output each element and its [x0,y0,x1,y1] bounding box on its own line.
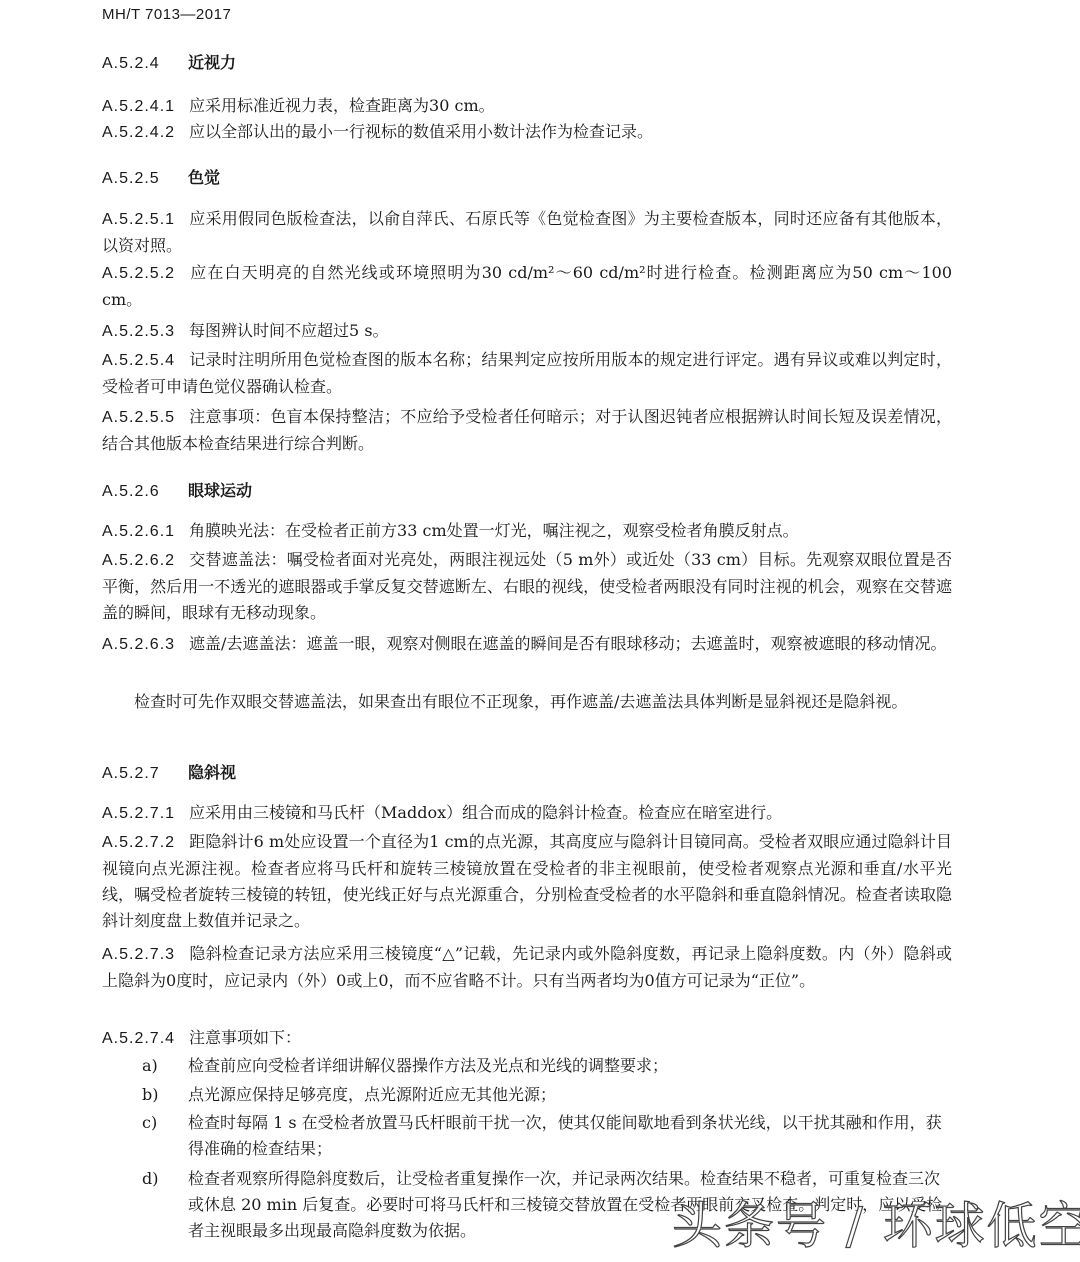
clause-text: 隐斜检查记录方法应采用三棱镜度“△”记载，先记录内或外隐斜度数，再记录上隐斜度数… [102,944,952,990]
clause-A-5-2-6-1: A.5.2.6.1角膜映光法：在受检者正前方33 cm处置一灯光，嘱注视之，观察… [102,518,952,545]
clause-text: 记录时注明所用色觉检查图的版本名称；结果判定应按所用版本的规定进行评定。遇有异议… [102,350,952,396]
clause-number: A.5.2.4.1 [102,98,175,115]
clause-number: A.5.2.6.1 [102,523,175,540]
clause-text: 注意事项如下： [189,1028,301,1047]
clause-A-5-2-5-1: A.5.2.5.1应采用假同色版检查法，以俞自萍氏、石原氏等《色觉检查图》为主要… [102,206,952,259]
list-item-label: b) [142,1082,158,1108]
clause-number: A.5.2.5.2 [102,265,175,282]
clause-A-5-2-6-2: A.5.2.6.2交替遮盖法：嘱受检者面对光亮处，两眼注视远处（5 m外）或近处… [102,547,952,626]
clause-number: A.5.2.5.4 [102,352,175,369]
paragraph-cover-test-note: 检查时可先作双眼交替遮盖法，如果查出有眼位不正现象，再作遮盖/去遮盖法具体判断是… [102,689,952,715]
list-item-b: b) 点光源应保持足够亮度，点光源附近应无其他光源； [142,1082,952,1108]
document-id-header: MH/T 7013—2017 [102,6,231,23]
clause-text: 角膜映光法：在受检者正前方33 cm处置一灯光，嘱注视之，观察受检者角膜反射点。 [189,521,799,540]
clause-text: 应在白天明亮的自然光线或环境照明为30 cd/m²～60 cd/m²时进行检查。… [102,263,952,309]
clause-A-5-2-4-1: A.5.2.4.1应采用标准近视力表，检查距离为30 cm。 [102,93,952,120]
clause-text: 距隐斜计6 m处应设置一个直径为1 cm的点光源，其高度应与隐斜计目镜同高。受检… [102,832,952,930]
clause-number: A.5.2.6.2 [102,552,175,569]
list-item-label: d) [142,1166,158,1192]
section-title: 色觉 [188,168,220,187]
clause-number: A.5.2.7.3 [102,946,175,963]
list-item-label: c) [142,1110,157,1136]
section-heading-eye-movement: A.5.2.6眼球运动 [102,478,252,501]
section-title: 隐斜视 [188,763,236,782]
clause-text: 注意事项：色盲本保持整洁；不应给予受检者任何暗示；对于认图迟钝者应根据辨认时间长… [102,407,952,453]
clause-A-5-2-6-3: A.5.2.6.3遮盖/去遮盖法：遮盖一眼，观察对侧眼在遮盖的瞬间是否有眼球移动… [102,631,952,658]
section-number: A.5.2.5 [102,170,188,188]
clause-A-5-2-7-3: A.5.2.7.3隐斜检查记录方法应采用三棱镜度“△”记载，先记录内或外隐斜度数… [102,941,952,994]
clause-number: A.5.2.7.2 [102,834,175,851]
clause-A-5-2-7-2: A.5.2.7.2距隐斜计6 m处应设置一个直径为1 cm的点光源，其高度应与隐… [102,829,952,934]
clause-A-5-2-4-2: A.5.2.4.2应以全部认出的最小一行视标的数值采用小数计法作为检查记录。 [102,119,952,146]
clause-number: A.5.2.5.3 [102,323,175,340]
section-heading-color-vision: A.5.2.5色觉 [102,165,220,188]
clause-A-5-2-5-4: A.5.2.5.4记录时注明所用色觉检查图的版本名称；结果判定应按所用版本的规定… [102,347,952,400]
section-heading-near-vision: A.5.2.4近视力 [102,50,236,73]
list-item-text: 点光源应保持足够亮度，点光源附近应无其他光源； [188,1082,952,1108]
list-item-d: d) 检查者观察所得隐斜度数后，让受检者重复操作一次，并记录两次结果。检查结果不… [142,1166,952,1244]
section-heading-heterophoria: A.5.2.7隐斜视 [102,760,236,783]
clause-number: A.5.2.6.3 [102,636,175,653]
section-number: A.5.2.6 [102,483,188,501]
list-item-c: c) 检查时每隔 1 s 在受检者放置马氏杆眼前干扰一次，使其仅能间歇地看到条状… [142,1110,952,1162]
clause-number: A.5.2.7.1 [102,805,175,822]
clause-A-5-2-7-1: A.5.2.7.1应采用由三棱镜和马氏杆（Maddox）组合而成的隐斜计检查。检… [102,800,952,827]
section-number: A.5.2.7 [102,765,188,783]
list-item-a: a) 检查前应向受检者详细讲解仪器操作方法及光点和光线的调整要求； [142,1053,952,1079]
list-item-text: 检查者观察所得隐斜度数后，让受检者重复操作一次，并记录两次结果。检查结果不稳者，… [188,1166,952,1244]
list-item-text: 检查前应向受检者详细讲解仪器操作方法及光点和光线的调整要求； [188,1053,952,1079]
section-number: A.5.2.4 [102,55,188,73]
clause-text: 应采用假同色版检查法，以俞自萍氏、石原氏等《色觉检查图》为主要检查版本，同时还应… [102,209,952,255]
section-title: 近视力 [188,53,236,72]
clause-number: A.5.2.5.5 [102,409,175,426]
clause-text: 每图辨认时间不应超过5 s。 [189,321,388,340]
list-item-text: 检查时每隔 1 s 在受检者放置马氏杆眼前干扰一次，使其仅能间歇地看到条状光线，… [188,1110,952,1162]
clause-A-5-2-5-2: A.5.2.5.2应在白天明亮的自然光线或环境照明为30 cd/m²～60 cd… [102,260,952,313]
clause-text: 应采用标准近视力表，检查距离为30 cm。 [189,96,495,115]
clause-A-5-2-5-5: A.5.2.5.5注意事项：色盲本保持整洁；不应给予受检者任何暗示；对于认图迟钝… [102,404,952,457]
clause-text: 应采用由三棱镜和马氏杆（Maddox）组合而成的隐斜计检查。检查应在暗室进行。 [189,803,782,822]
clause-text: 交替遮盖法：嘱受检者面对光亮处，两眼注视远处（5 m外）或近处（33 cm）目标… [102,550,952,622]
clause-number: A.5.2.5.1 [102,211,175,228]
clause-number: A.5.2.7.4 [102,1030,175,1047]
clause-A-5-2-5-3: A.5.2.5.3每图辨认时间不应超过5 s。 [102,318,952,345]
list-item-label: a) [142,1053,158,1079]
clause-number: A.5.2.4.2 [102,124,175,141]
clause-text: 遮盖/去遮盖法：遮盖一眼，观察对侧眼在遮盖的瞬间是否有眼球移动；去遮盖时，观察被… [189,634,946,653]
clause-A-5-2-7-4: A.5.2.7.4注意事项如下： [102,1025,952,1052]
clause-text: 应以全部认出的最小一行视标的数值采用小数计法作为检查记录。 [189,122,653,141]
section-title: 眼球运动 [188,481,252,500]
